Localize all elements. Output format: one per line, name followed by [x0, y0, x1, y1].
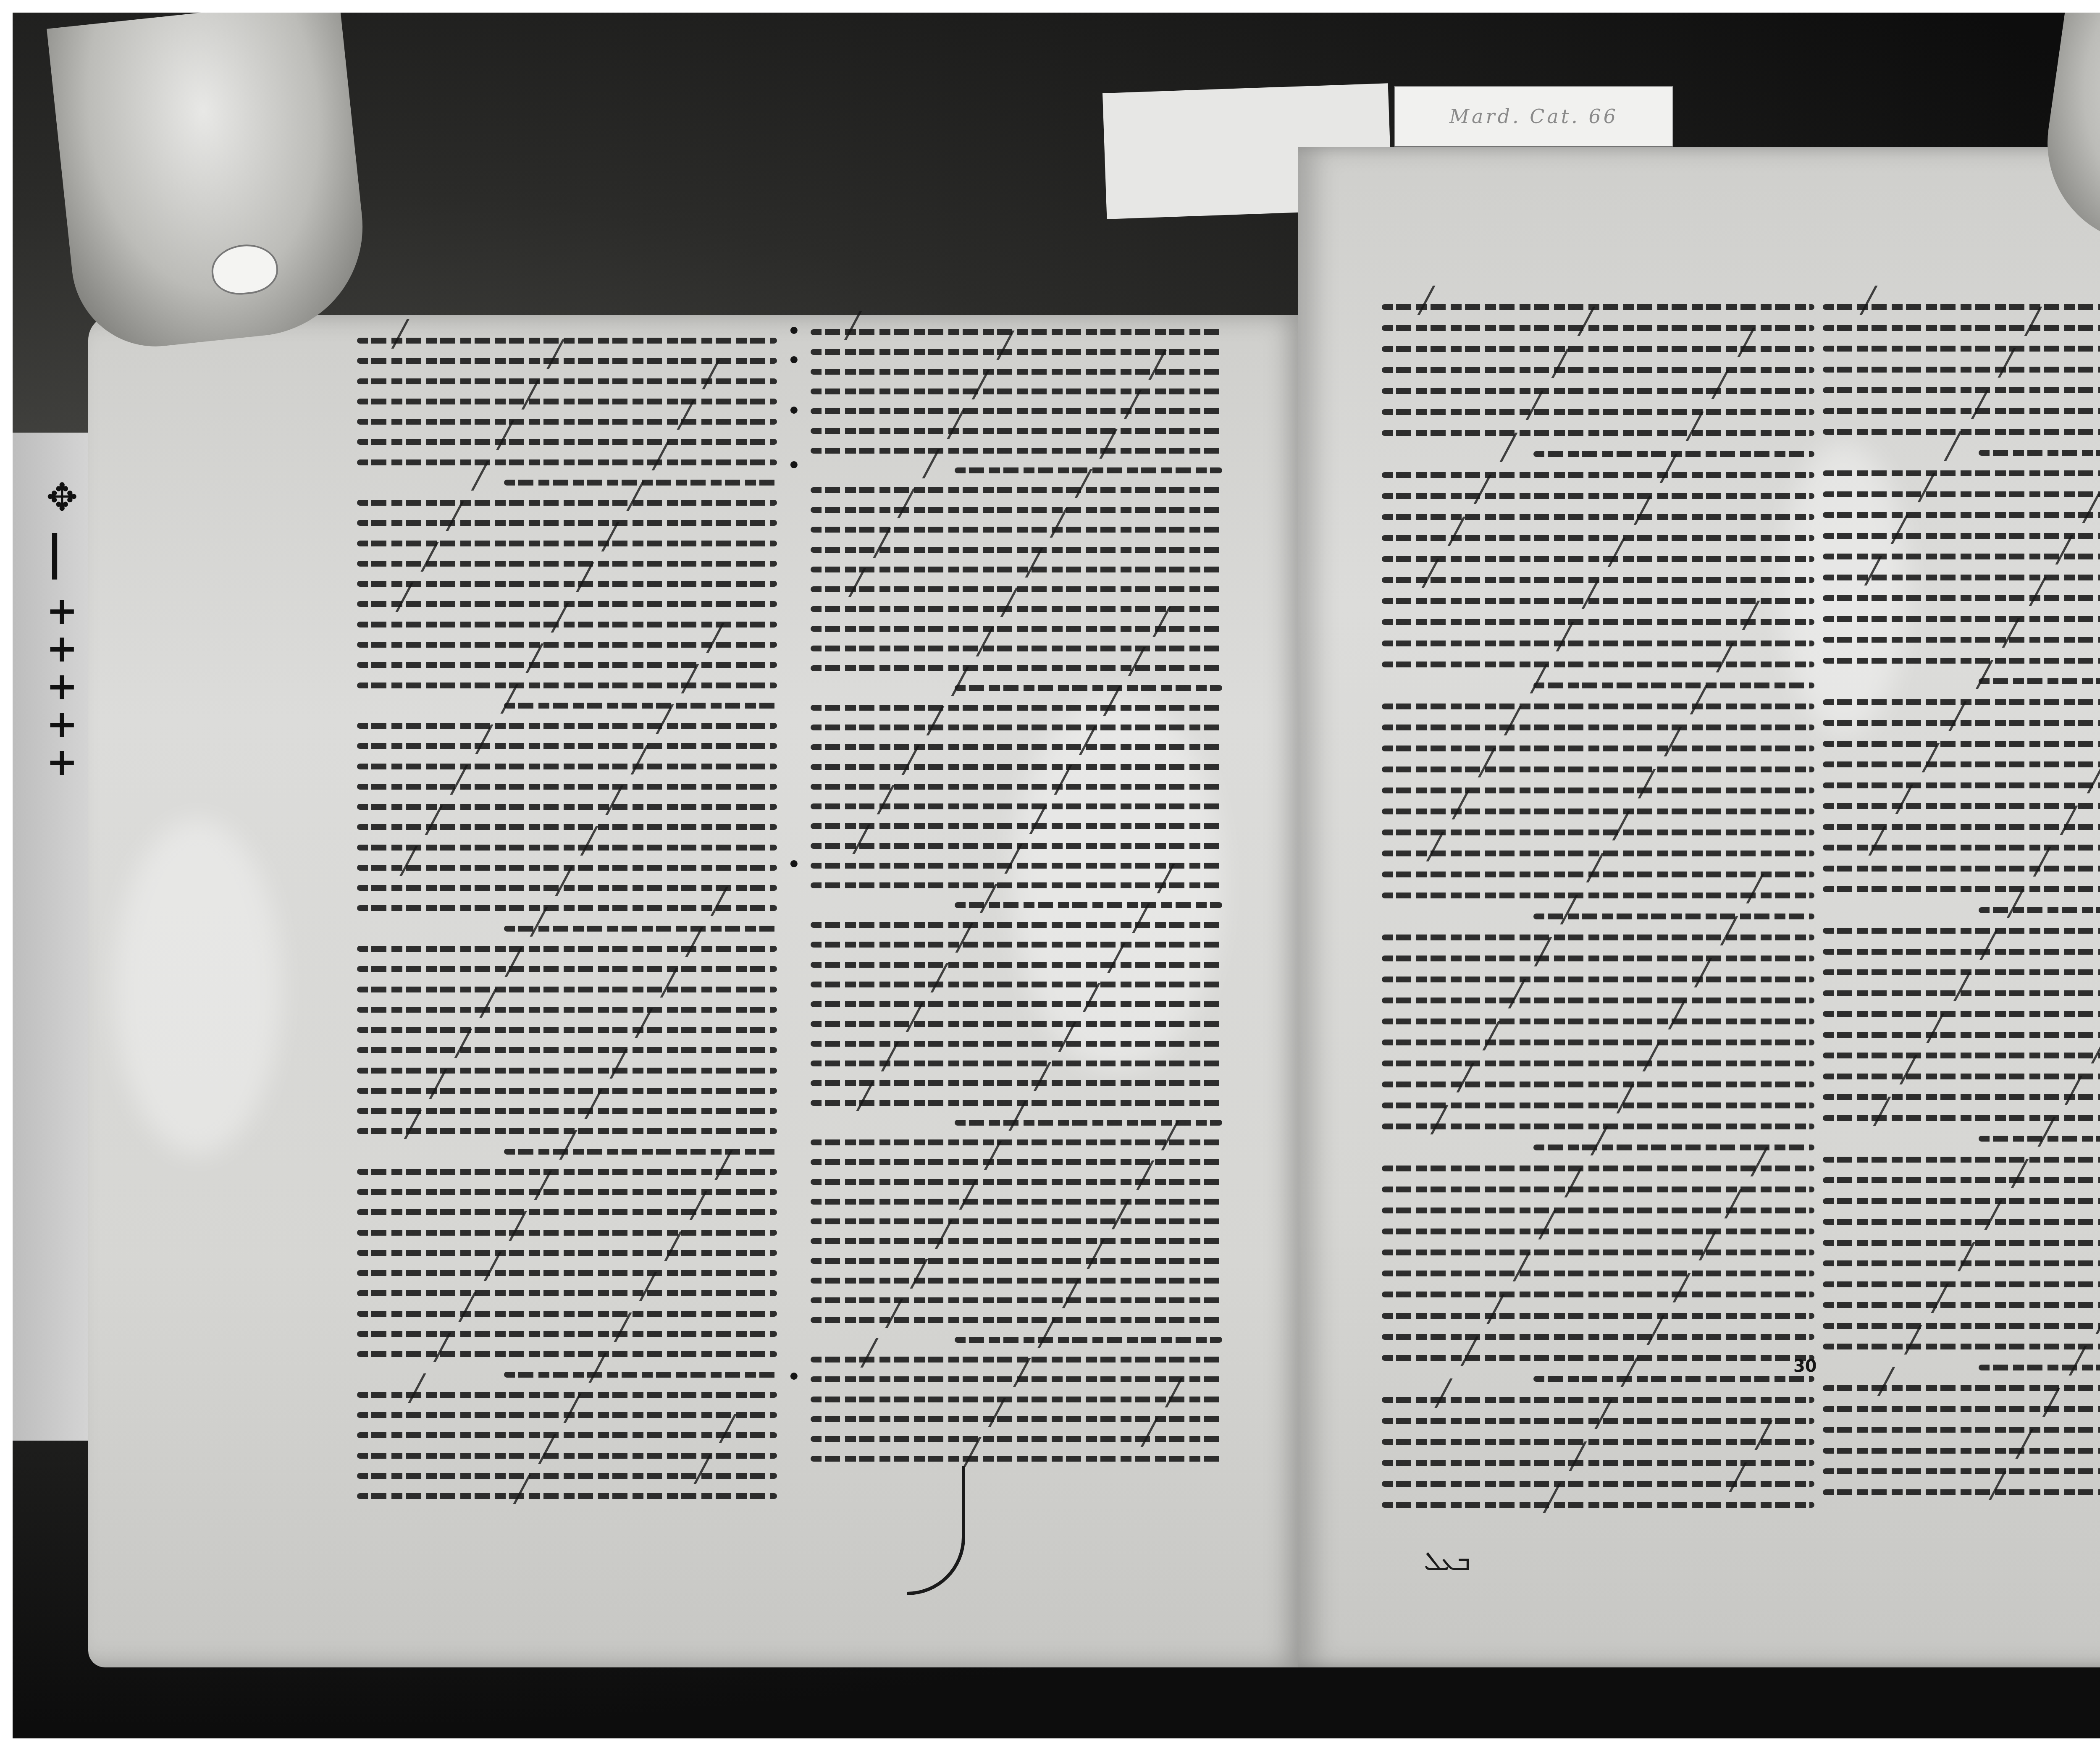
- script-line: [1823, 298, 2100, 314]
- script-line: [1382, 908, 1814, 924]
- script-line: [811, 600, 1222, 616]
- script-line: [1823, 1151, 2100, 1167]
- script-line: [357, 899, 777, 915]
- script-line: [1823, 340, 2100, 356]
- script-line: [357, 1426, 777, 1442]
- script-line: [811, 896, 1222, 912]
- script-line: [1382, 1454, 1814, 1470]
- script-line: [1823, 901, 2100, 917]
- script-line: [357, 798, 777, 814]
- script-line: [1823, 1109, 2100, 1125]
- script-line: [1382, 1139, 1814, 1155]
- left-page: • • • • • •: [88, 315, 1306, 1667]
- script-line: [1823, 527, 2100, 543]
- script-line: [811, 1272, 1222, 1288]
- script-line: [811, 620, 1222, 636]
- script-line: [811, 1035, 1222, 1051]
- script-line: [357, 1224, 777, 1240]
- verse-mark: •: [787, 1365, 801, 1389]
- script-line: [811, 1213, 1222, 1229]
- script-line: [1382, 866, 1814, 882]
- script-line: [1382, 950, 1814, 966]
- script-line: [1823, 1296, 2100, 1312]
- script-line: [357, 535, 777, 551]
- script-line: [1823, 1400, 2100, 1416]
- script-line: [1382, 971, 1814, 987]
- script-line: [357, 1183, 777, 1199]
- cloth-mark: +: [46, 630, 78, 668]
- script-line: [1382, 1370, 1814, 1386]
- script-line: [357, 636, 777, 652]
- script-line: [1823, 1130, 2100, 1146]
- script-line: [1823, 444, 2100, 460]
- script-line: [1382, 1034, 1814, 1050]
- script-line: [1823, 1213, 2100, 1229]
- script-line: [1382, 929, 1814, 945]
- script-line: [811, 561, 1222, 577]
- script-line: [811, 916, 1222, 932]
- script-line: [1382, 403, 1814, 419]
- script-line: [1823, 1462, 2100, 1478]
- script-line: [1382, 740, 1814, 756]
- script-line: [811, 1311, 1222, 1327]
- script-line: [357, 1284, 777, 1300]
- script-line: [1823, 1421, 2100, 1437]
- script-line: [1823, 361, 2100, 377]
- script-line: [357, 656, 777, 672]
- script-line: [357, 758, 777, 774]
- script-line: [1823, 818, 2100, 834]
- script-line: [811, 719, 1222, 735]
- script-line: [1823, 922, 2100, 938]
- script-line: [357, 1487, 777, 1503]
- script-line: [1823, 1026, 2100, 1042]
- script-line: [1823, 1276, 2100, 1292]
- script-line: [357, 1062, 777, 1078]
- script-line: [811, 1055, 1222, 1071]
- cloth-mark: +: [46, 592, 78, 630]
- script-line: [1382, 803, 1814, 819]
- script-line: [357, 818, 777, 834]
- cloth-mark: |: [46, 529, 63, 575]
- script-line: [811, 521, 1222, 537]
- script-line: [1382, 677, 1814, 693]
- script-line: [357, 981, 777, 997]
- script-line: [1382, 1328, 1814, 1344]
- script-line: [811, 1450, 1222, 1466]
- cloth-mark: +: [46, 668, 78, 706]
- script-line: [811, 659, 1222, 675]
- script-line: [357, 1386, 777, 1402]
- script-line: [357, 778, 777, 794]
- script-line: [1382, 1223, 1814, 1239]
- script-line: [357, 555, 777, 571]
- script-line: [357, 839, 777, 855]
- script-line: [811, 1410, 1222, 1426]
- script-line: [1823, 610, 2100, 626]
- script-line: [1382, 529, 1814, 545]
- script-line: [357, 332, 777, 348]
- script-line: [1382, 361, 1814, 377]
- script-line: [1823, 943, 2100, 959]
- script-line: [1823, 465, 2100, 480]
- script-line: [357, 494, 777, 510]
- script-line: [1382, 656, 1814, 672]
- script-line: [1382, 298, 1814, 314]
- script-line: [1823, 714, 2100, 730]
- script-line: [811, 541, 1222, 557]
- script-line: [811, 1173, 1222, 1189]
- cloth-mark: +: [46, 743, 78, 781]
- script-line: [357, 677, 777, 693]
- script-line: [811, 462, 1222, 478]
- script-line: [1823, 1171, 2100, 1187]
- script-line: [811, 1232, 1222, 1248]
- script-line: [1823, 402, 2100, 418]
- script-line: [811, 1430, 1222, 1446]
- script-line: [1382, 1118, 1814, 1134]
- script-line: [1823, 486, 2100, 501]
- open-manuscript: • • • • • • ⁂ 30 ܒܥܠ: [88, 139, 2100, 1693]
- left-hand: [47, 13, 373, 354]
- script-line: [1382, 319, 1814, 335]
- left-page-column-outer: [357, 332, 777, 1504]
- script-line: [1382, 1244, 1814, 1260]
- script-line: [1823, 381, 2100, 397]
- water-stain: [113, 819, 281, 1155]
- right-page-column-outer: [1823, 298, 2100, 1499]
- script-line: [357, 454, 777, 470]
- script-line: [811, 1094, 1222, 1110]
- script-line: [1382, 1076, 1814, 1092]
- script-line: [811, 640, 1222, 656]
- script-line: [1823, 880, 2100, 896]
- script-line: [1382, 698, 1814, 714]
- script-line: [1823, 839, 2100, 855]
- script-line: [811, 1292, 1222, 1307]
- script-line: [811, 402, 1222, 418]
- script-line: [1382, 445, 1814, 461]
- script-line: [1382, 613, 1814, 629]
- script-line: [357, 514, 777, 530]
- script-line: [1382, 1433, 1814, 1449]
- script-line: [811, 481, 1222, 497]
- thumbnail: [209, 242, 280, 298]
- script-line: [357, 920, 777, 936]
- script-line: [811, 442, 1222, 458]
- script-line: [357, 1406, 777, 1422]
- script-line: [357, 1143, 777, 1159]
- verse-mark: •: [787, 319, 801, 343]
- script-line: [1382, 1286, 1814, 1302]
- script-line: [811, 956, 1222, 972]
- script-line: [1382, 992, 1814, 1008]
- script-line: [357, 1305, 777, 1321]
- verse-mark: •: [787, 399, 801, 423]
- script-line: [811, 798, 1222, 814]
- script-line: [1823, 860, 2100, 876]
- script-line: [811, 699, 1222, 715]
- script-line: [1382, 1307, 1814, 1323]
- script-line: [1382, 1475, 1814, 1491]
- script-line: [1382, 550, 1814, 566]
- script-line: [1823, 1088, 2100, 1104]
- script-line: [811, 738, 1222, 754]
- script-line: [1382, 592, 1814, 608]
- script-line: [357, 373, 777, 389]
- script-line: [357, 1264, 777, 1280]
- script-line: [811, 976, 1222, 992]
- script-line: [1823, 319, 2100, 335]
- script-line: [1382, 1160, 1814, 1176]
- script-line: [1382, 1496, 1814, 1512]
- script-line: [1382, 719, 1814, 735]
- script-line: [1382, 1265, 1814, 1281]
- script-line: [1823, 963, 2100, 979]
- script-line: [1823, 1379, 2100, 1395]
- right-page: ⁂ 30 ܒܥܠ: [1298, 147, 2100, 1667]
- script-line: [1382, 1181, 1814, 1197]
- script-line: [811, 758, 1222, 774]
- script-line: [357, 1163, 777, 1179]
- script-line: [357, 575, 777, 591]
- script-line: [1382, 1202, 1814, 1218]
- script-line: [1823, 1255, 2100, 1271]
- script-line: [811, 1370, 1222, 1386]
- script-line: [1382, 424, 1814, 440]
- cloth-mark: +: [46, 706, 78, 743]
- script-line: [1823, 1192, 2100, 1208]
- script-line: [811, 1193, 1222, 1209]
- script-line: [357, 1467, 777, 1483]
- left-page-column-inner: [811, 323, 1222, 1466]
- catchword: ܒܥܠ: [1424, 1546, 1471, 1577]
- script-line: [1823, 569, 2100, 585]
- script-line: [357, 616, 777, 632]
- script-line: [1823, 589, 2100, 605]
- script-line: [357, 1244, 777, 1260]
- catalog-label: Mard. Cat. 66: [1394, 86, 1673, 147]
- script-line: [357, 1203, 777, 1219]
- verse-mark: •: [787, 454, 801, 477]
- script-line: [1823, 1005, 2100, 1021]
- script-line: [811, 422, 1222, 438]
- script-line: [1382, 761, 1814, 777]
- script-line: [1382, 782, 1814, 798]
- script-line: [357, 1345, 777, 1361]
- script-line: [1382, 1055, 1814, 1071]
- script-line: [811, 501, 1222, 517]
- script-line: [1823, 631, 2100, 647]
- script-line: [1382, 1412, 1814, 1428]
- script-line: [357, 1122, 777, 1138]
- script-line: [1823, 1359, 2100, 1375]
- right-page-column-inner: [1382, 298, 1814, 1512]
- cloth-mark: ✥: [46, 479, 78, 517]
- script-line: [357, 940, 777, 956]
- script-line: [811, 1252, 1222, 1268]
- script-line: [1823, 777, 2100, 793]
- marginal-number: 30: [1793, 1357, 1817, 1376]
- script-line: [1382, 466, 1814, 482]
- script-line: [1823, 548, 2100, 564]
- script-line: [357, 474, 777, 490]
- script-line: [1382, 887, 1814, 903]
- script-line: [811, 323, 1222, 339]
- script-line: [1382, 340, 1814, 356]
- script-line: [1382, 824, 1814, 840]
- script-line: [1823, 797, 2100, 813]
- script-line: [811, 995, 1222, 1011]
- script-line: [357, 697, 777, 713]
- script-line: [357, 737, 777, 753]
- script-line: [357, 717, 777, 733]
- script-line: [357, 413, 777, 429]
- script-line: [357, 1082, 777, 1098]
- script-line: [1382, 635, 1814, 651]
- script-line: [811, 1015, 1222, 1031]
- script-line: [811, 679, 1222, 695]
- script-line: [1823, 506, 2100, 522]
- script-line: [357, 960, 777, 976]
- script-line: [1382, 508, 1814, 524]
- script-line: [1823, 1483, 2100, 1499]
- script-line: [1823, 1338, 2100, 1354]
- script-line: [811, 1391, 1222, 1407]
- verse-mark: •: [787, 349, 801, 372]
- script-line: [1823, 1047, 2100, 1063]
- script-line: [1382, 382, 1814, 398]
- script-line: [811, 1114, 1222, 1130]
- final-line-flourish: [907, 1466, 965, 1595]
- script-line: [811, 383, 1222, 399]
- catalog-label-text: Mard. Cat. 66: [1449, 105, 1618, 128]
- script-line: [357, 1447, 777, 1463]
- script-line: [357, 1021, 777, 1037]
- script-line: [357, 433, 777, 449]
- script-line: [357, 393, 777, 409]
- script-line: [1382, 845, 1814, 861]
- script-line: [1382, 1013, 1814, 1029]
- script-line: [1382, 1391, 1814, 1407]
- script-line: [357, 879, 777, 895]
- photo-frame: ✥ | + + + + + Mard. Cat. 66 • • • • • • …: [13, 13, 2100, 1738]
- script-line: [1823, 735, 2100, 751]
- script-line: [1823, 1442, 2100, 1458]
- script-line: [811, 778, 1222, 794]
- script-line: [1823, 984, 2100, 1000]
- script-line: [811, 1153, 1222, 1169]
- script-line: [811, 1134, 1222, 1150]
- script-line: [811, 817, 1222, 833]
- script-line: [1823, 756, 2100, 772]
- verse-mark: •: [787, 853, 801, 876]
- script-line: [811, 877, 1222, 893]
- script-line: [1823, 1234, 2100, 1250]
- script-line: [1823, 1317, 2100, 1333]
- script-line: [811, 363, 1222, 379]
- script-line: [357, 1325, 777, 1341]
- script-line: [1823, 1068, 2100, 1084]
- script-line: [1823, 423, 2100, 439]
- script-line: [811, 936, 1222, 952]
- script-line: [1382, 487, 1814, 503]
- script-line: [357, 1041, 777, 1057]
- script-line: [357, 1001, 777, 1017]
- script-line: [1382, 1349, 1814, 1365]
- script-line: [811, 1351, 1222, 1367]
- script-line: [1823, 672, 2100, 688]
- script-line: [811, 857, 1222, 873]
- script-line: [1823, 652, 2100, 668]
